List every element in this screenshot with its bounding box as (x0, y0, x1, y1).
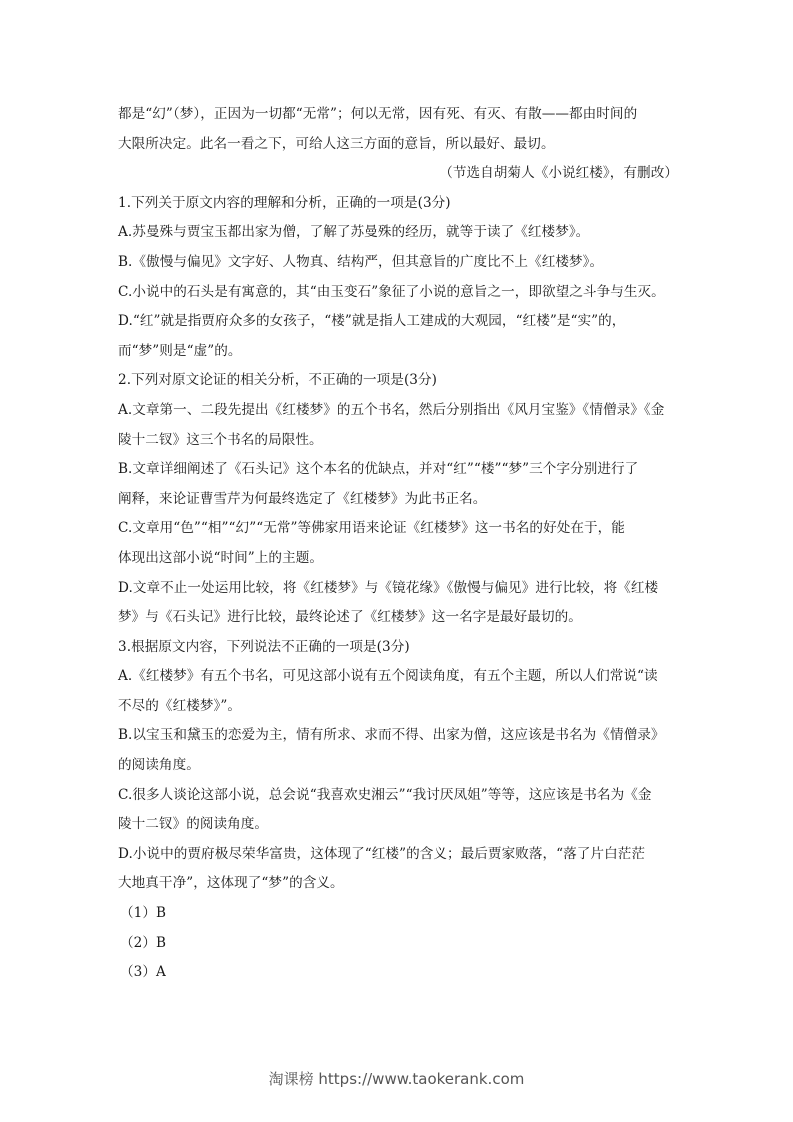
option-line: 的阅读角度。 (118, 751, 678, 781)
answer-line: （3）A (118, 958, 678, 988)
option-line: 大地真干净”，这体现了“梦”的含义。 (118, 869, 678, 899)
question-stem: 1.下列关于原文内容的理解和分析，正确的一项是(3分) (118, 189, 678, 219)
passage-line: 大限所决定。此名一看之下，可给人这三方面的意旨，所以最好、最切。 (118, 130, 678, 160)
option-line: A.文章第一、二段先提出《红楼梦》的五个书名，然后分别指出《风月宝鉴》《情僧录》… (118, 396, 678, 426)
source-citation: （节选自胡菊人《小说红楼》，有删改） (118, 159, 678, 189)
passage-line: 都是“幻”（梦），正因为一切都“无常”；何以无常，因有死、有灭、有散——都由时间… (118, 100, 678, 130)
question-stem: 3.根据原文内容，下列说法不正确的一项是(3分) (118, 633, 678, 663)
option-line: 不尽的《红楼梦》”。 (118, 692, 678, 722)
option-line: 体现出这部小说“时间”上的主题。 (118, 544, 678, 574)
option-line: C.小说中的石头是有寓意的，其“由玉变石”象征了小说的意旨之一，即欲望之斗争与生… (118, 278, 678, 308)
option-line: C.很多人谈论这部小说，总会说“我喜欢史湘云”“我讨厌凤姐”等等，这应该是书名为… (118, 781, 678, 811)
question-stem: 2.下列对原文论证的相关分析，不正确的一项是(3分) (118, 366, 678, 396)
option-line: B.文章详细阐述了《石头记》这个本名的优缺点，并对“红”“楼”“梦”三个字分别进… (118, 455, 678, 485)
option-line: D.小说中的贾府极尽荣华富贵，这体现了“红楼”的含义；最后贾家败落，“落了片白茫… (118, 840, 678, 870)
option-line: 而“梦”则是“虚”的。 (118, 337, 678, 367)
option-line: D.文章不止一处运用比较，将《红楼梦》与《镜花缘》《傲慢与偏见》进行比较，将《红… (118, 574, 678, 604)
option-line: B.以宝玉和黛玉的恋爱为主，情有所求、求而不得、出家为僧，这应该是书名为《情僧录… (118, 721, 678, 751)
answer-line: （2）B (118, 929, 678, 959)
watermark-footer: 淘课榜 https://www.taokerank.com (0, 1068, 793, 1089)
option-line: A.苏曼殊与贾宝玉都出家为僧，了解了苏曼殊的经历，就等于读了《红楼梦》。 (118, 218, 678, 248)
answer-line: （1）B (118, 899, 678, 929)
option-line: B.《傲慢与偏见》文字好、人物真、结构严，但其意旨的广度比不上《红楼梦》。 (118, 248, 678, 278)
option-line: 陵十二钗》这三个书名的局限性。 (118, 426, 678, 456)
option-line: C.文章用“色”“相”“幻”“无常”等佛家用语来论证《红楼梦》这一书名的好处在于… (118, 514, 678, 544)
document-page: 都是“幻”（梦），正因为一切都“无常”；何以无常，因有死、有灭、有散——都由时间… (118, 100, 678, 988)
option-line: A.《红楼梦》有五个书名，可见这部小说有五个阅读角度，有五个主题，所以人们常说“… (118, 662, 678, 692)
option-line: 阐释，来论证曹雪芹为何最终选定了《红楼梦》为此书正名。 (118, 485, 678, 515)
option-line: 陵十二钗》的阅读角度。 (118, 810, 678, 840)
option-line: D.“红”就是指贾府众多的女孩子，“楼”就是指人工建成的大观园，“红楼”是“实”… (118, 307, 678, 337)
option-line: 梦》与《石头记》进行比较，最终论述了《红楼梦》这一名字是最好最切的。 (118, 603, 678, 633)
